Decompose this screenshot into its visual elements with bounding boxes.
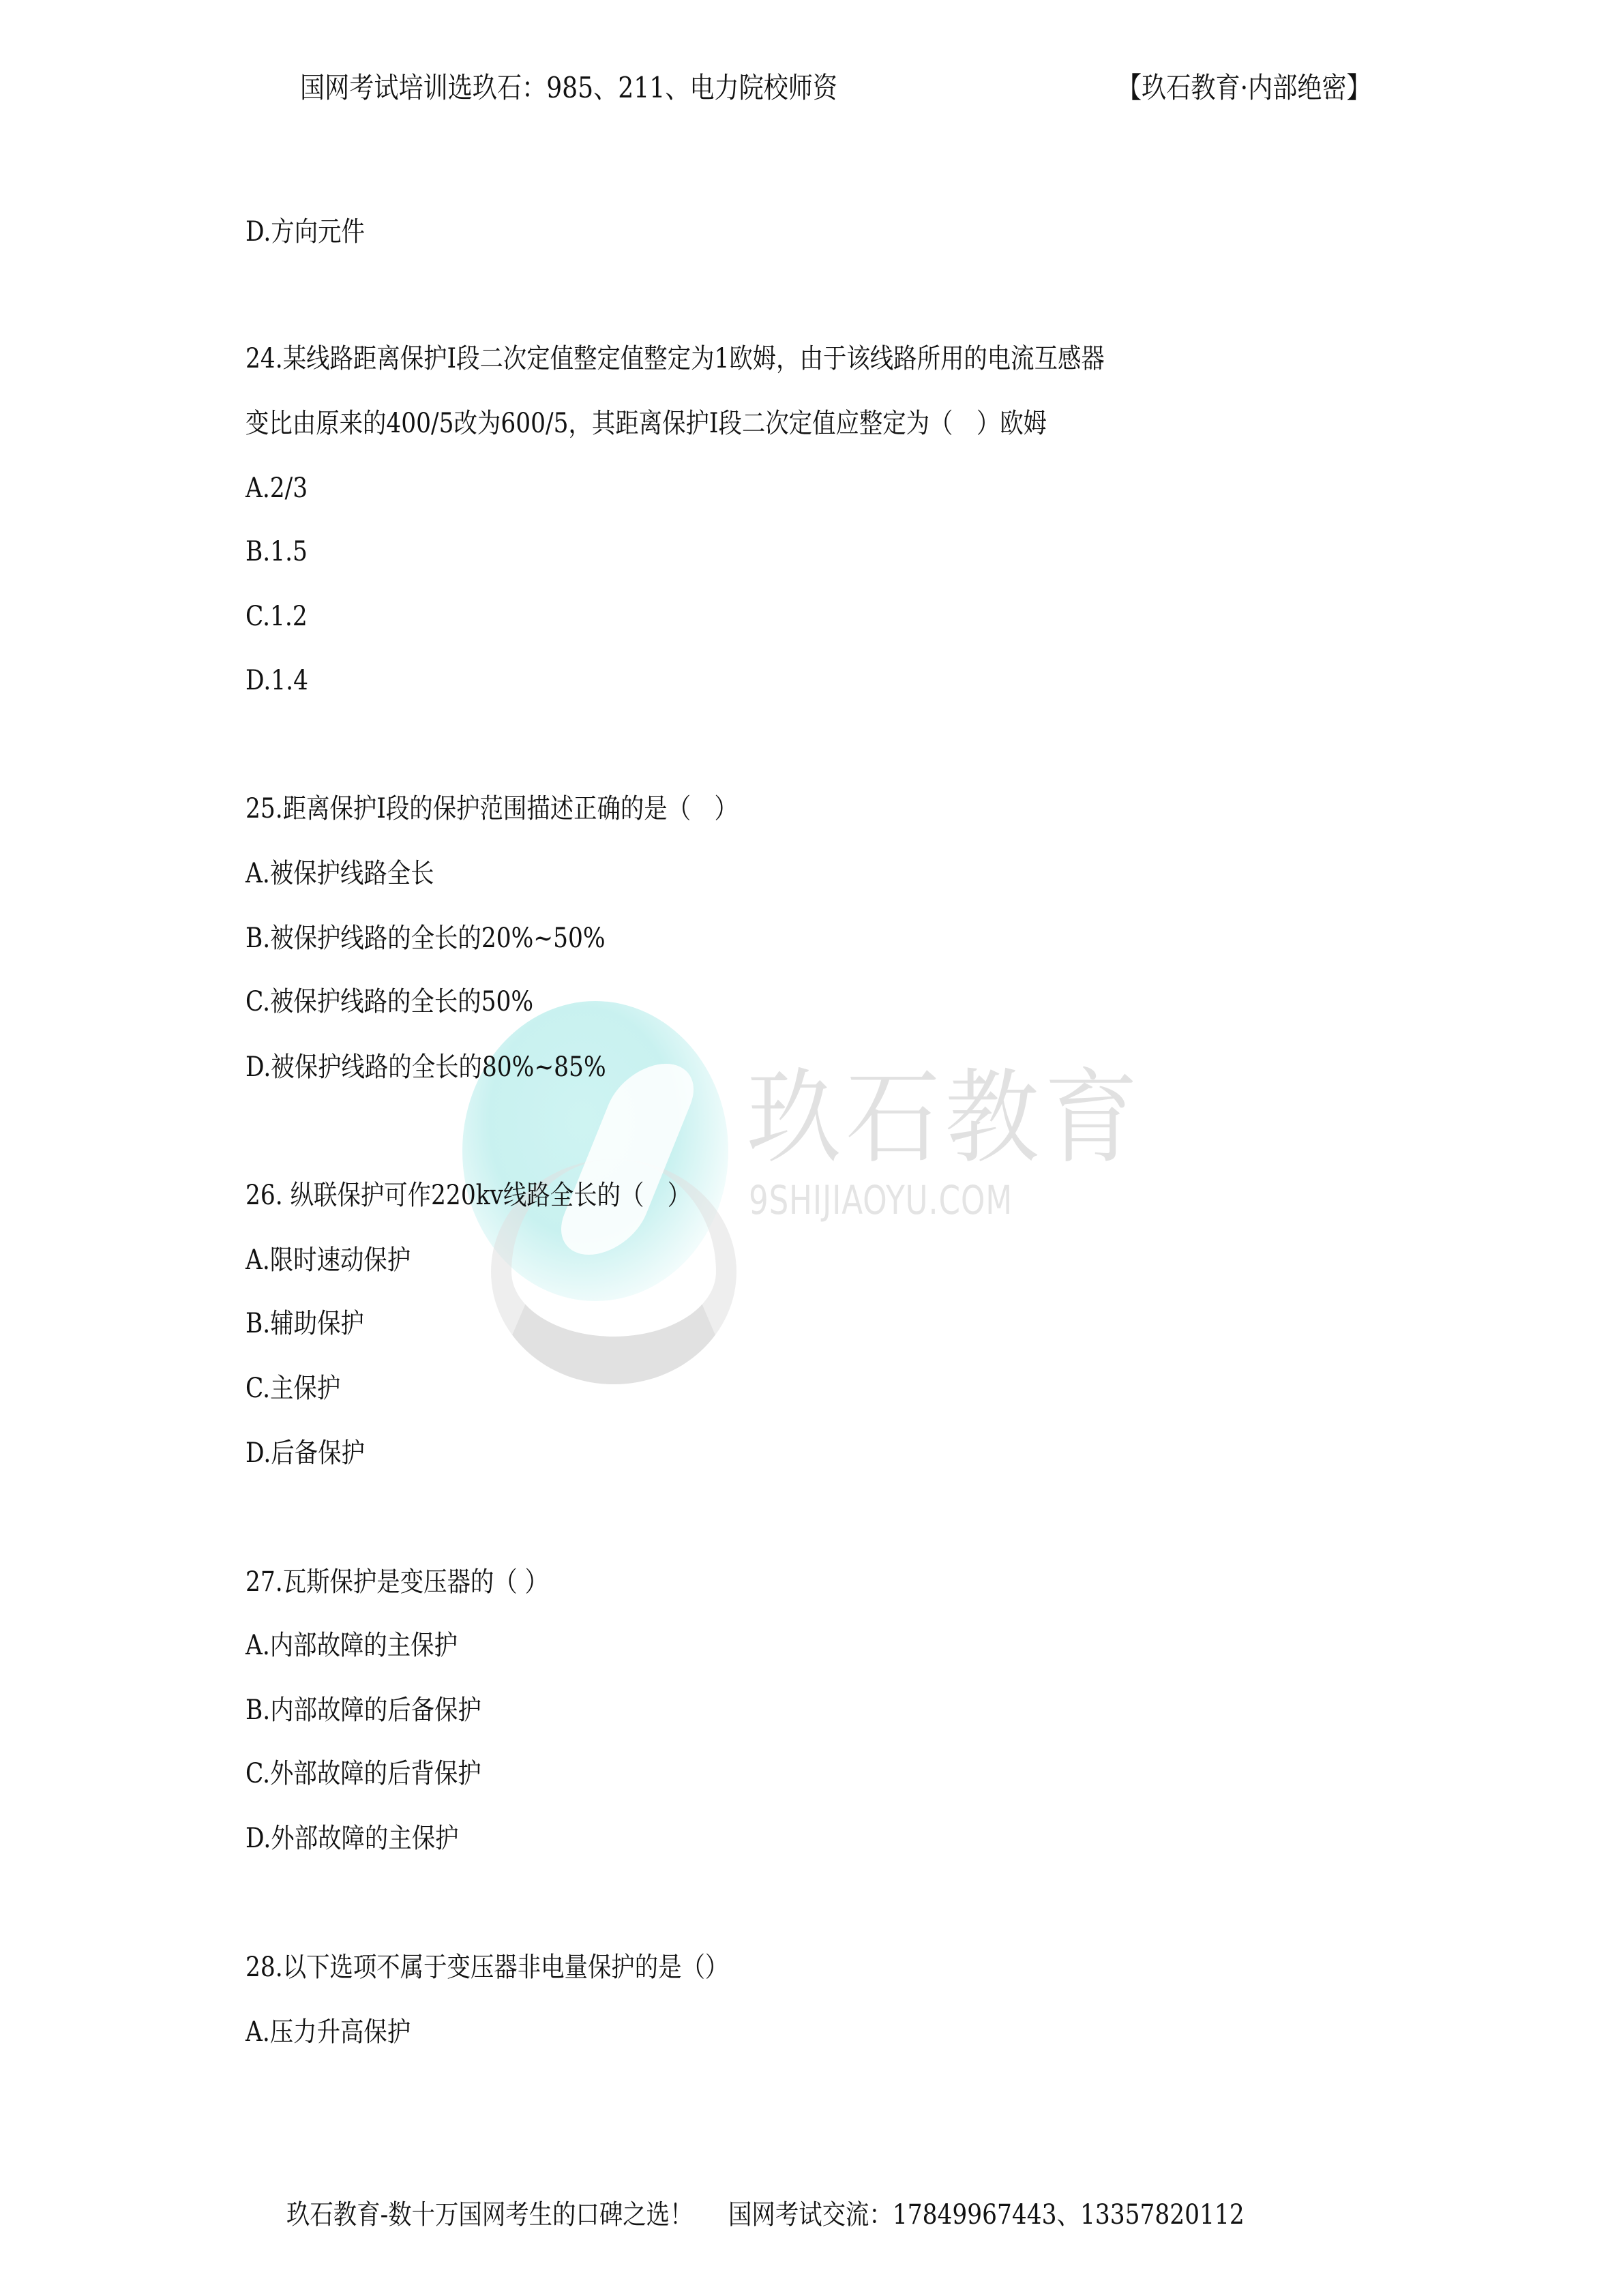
question-25-option-d: D.被保护线路的全长的80%~85% [245,1051,606,1084]
question-25-stem: 25.距离保护Ⅰ段的保护范围描述正确的是（ ） [245,792,738,825]
jiushi-logo-icon [548,1064,706,1255]
question-26-stem: 26. 纵联保护可作220kv线路全长的（ ） [245,1179,691,1212]
question-25-option-b: B.被保护线路的全长的20%~50% [245,922,606,955]
question-24-option-a: A.2/3 [245,472,308,505]
question-27-option-c: C.外部故障的后背保护 [245,1757,481,1790]
prev-question-option-d: D.方向元件 [245,215,365,248]
watermark-url: 9SHIJIAOYU.COM [749,1178,1013,1222]
question-28-stem: 28.以下选项不属于变压器非电量保护的是（） [245,1951,728,1984]
page-footer: 玖石教育-数十万国网考生的口碑之选！国网考试交流：17849967443、133… [286,2198,1245,2231]
page-header-right: 【玖石教育·内部绝密】 [1117,71,1371,105]
question-26-option-d: D.后备保护 [245,1437,365,1470]
question-28-option-a: A.压力升高保护 [245,2016,411,2048]
question-27-stem: 27.瓦斯保护是变压器的（ ） [245,1566,548,1598]
question-27-option-d: D.外部故障的主保护 [245,1822,458,1855]
question-27-option-a: A.内部故障的主保护 [245,1629,458,1662]
footer-contact: 国网考试交流：17849967443、13357820112 [728,2199,1245,2231]
footer-slogan: 玖石教育-数十万国网考生的口碑之选！ [286,2199,693,2231]
question-26-option-a: A.限时速动保护 [245,1244,411,1277]
question-24-stem-line-1: 24.某线路距离保护Ⅰ段二次定值整定值整定为1欧姆，由于该线路所用的电流互感器 [245,342,1105,375]
question-26-option-c: C.主保护 [245,1372,340,1405]
question-25-option-a: A.被保护线路全长 [245,857,434,890]
question-25-option-c: C.被保护线路的全长的50% [245,985,533,1018]
watermark-logo-orb [462,1001,728,1301]
question-24-stem-line-2: 变比由原来的400/5改为600/5，其距离保护Ⅰ段二次定值应整定为（ ）欧姆 [245,407,1047,440]
question-26-option-b: B.辅助保护 [245,1307,364,1340]
question-24-option-c: C.1.2 [245,600,308,633]
question-27-option-b: B.内部故障的后备保护 [245,1694,481,1727]
watermark-text: 玖石教育 [747,1064,1143,1173]
page-header-left: 国网考试培训选玖石：985、211、电力院校师资 [300,71,837,105]
question-24-option-b: B.1.5 [245,535,308,568]
question-24-option-d: D.1.4 [245,664,308,697]
